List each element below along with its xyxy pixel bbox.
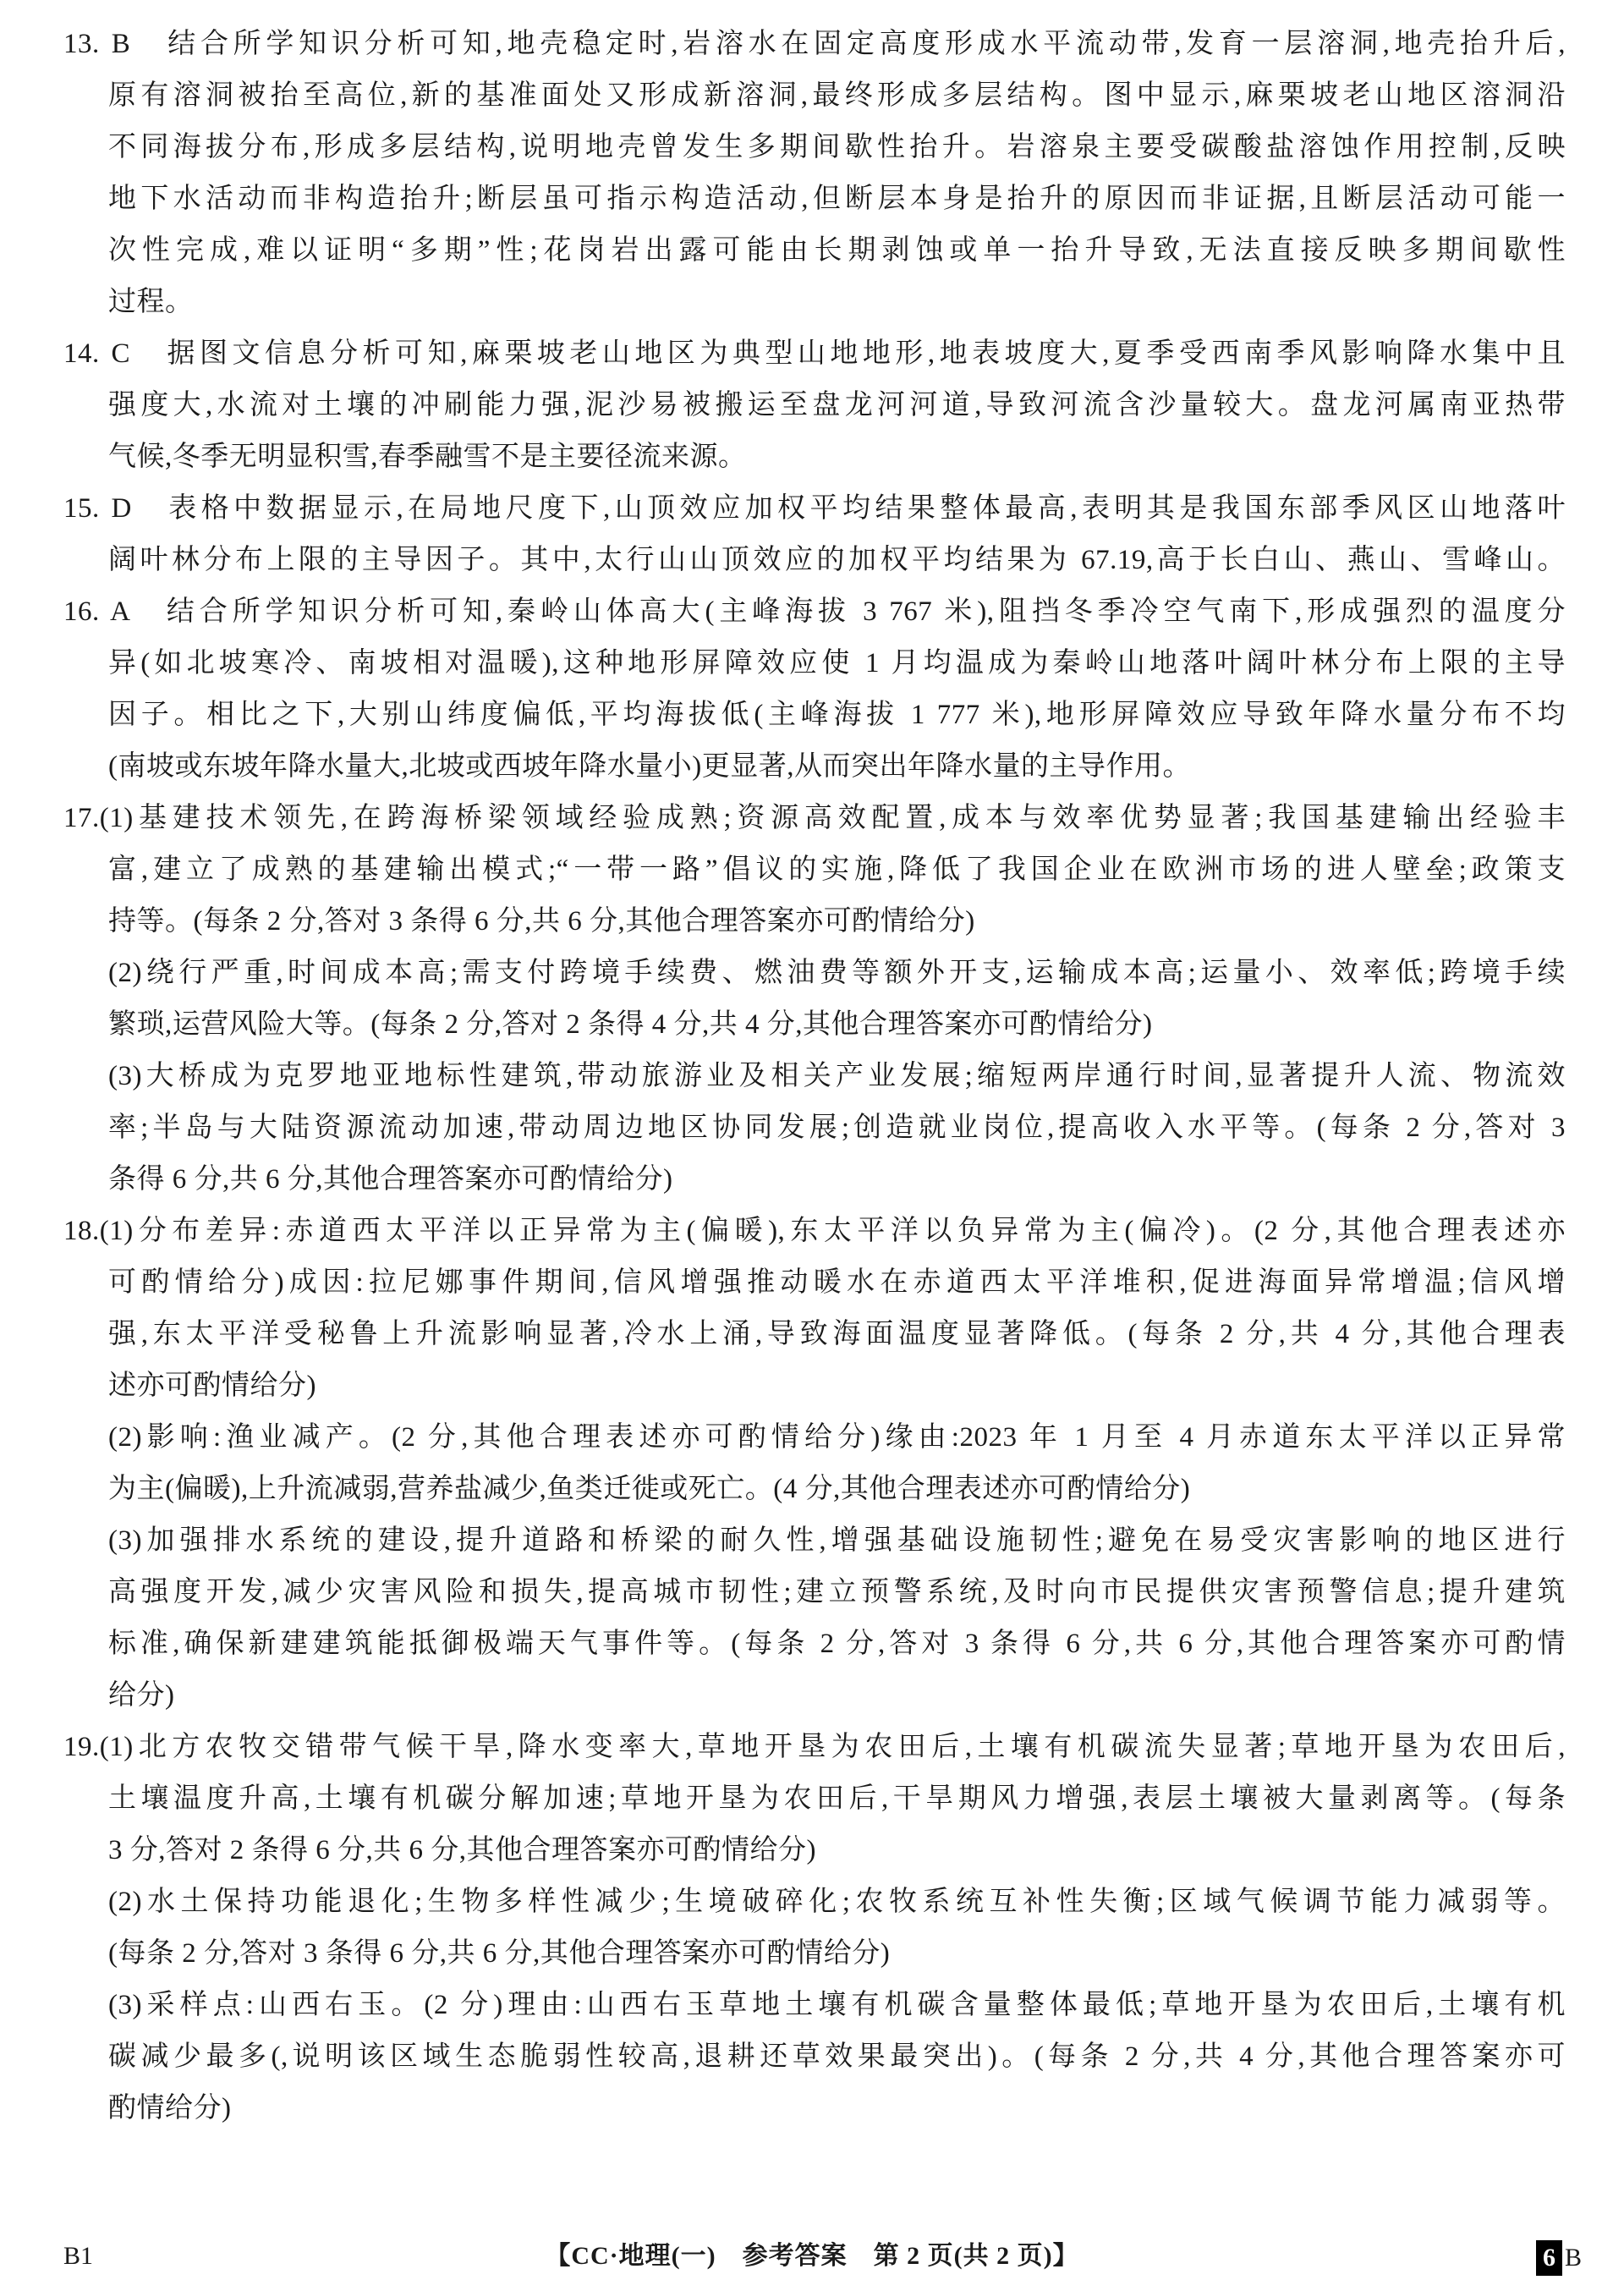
answer-line: 13. B 结合所学知识分析可知,地壳稳定时,岩溶水在固定高度形成水平流动带,发… xyxy=(63,19,1566,70)
answer-line: 过程。 xyxy=(108,277,1566,328)
footer-booklet-number: 6 xyxy=(1536,2240,1562,2276)
answer-line: (3)加强排水系统的建设,提升道路和桥梁的耐久性,增强基础设施韧性;避免在易受灾… xyxy=(108,1515,1566,1567)
scanned-answer-page: 13. B 结合所学知识分析可知,地壳稳定时,岩溶水在固定高度形成水平流动带,发… xyxy=(0,0,1624,2291)
answer-line: 异(如北坡寒冷、南坡相对温暖),这种地形屏障效应使 1 月均温成为秦岭山地落叶阔… xyxy=(108,638,1566,689)
answers-list: 13. B 结合所学知识分析可知,地壳稳定时,岩溶水在固定高度形成水平流动带,发… xyxy=(63,19,1566,2134)
answer-line: 18.(1)分布差异:赤道西太平洋以正异常为主(偏暖),东太平洋以负异常为主(偏… xyxy=(63,1206,1566,1257)
answer-line: 高强度开发,减少灾害风险和损失,提高城市韧性;建立预警系统,及时向市民提供灾害预… xyxy=(108,1567,1566,1618)
answer-item-16: 16. A 结合所学知识分析可知,秦岭山体高大(主峰海拔 3 767 米),阻挡… xyxy=(63,586,1566,793)
answer-line: 强度大,水流对土壤的冲刷能力强,泥沙易被搬运至盘龙河河道,导致河流含沙量较大。盘… xyxy=(108,380,1566,431)
answer-item-17: 17.(1)基建技术领先,在跨海桥梁领域经验成熟;资源高效配置,成本与效率优势显… xyxy=(63,793,1566,1206)
answer-line: 地下水活动而非构造抬升;断层虽可指示构造活动,但断层本身是抬升的原因而非证据,且… xyxy=(108,173,1566,225)
answer-line: 19.(1)北方农牧交错带气候干旱,降水变率大,草地开垦为农田后,土壤有机碳流失… xyxy=(63,1722,1566,1773)
page-footer: B1 【CC·地理(一) 参考答案 第 2 页(共 2 页)】 6B xyxy=(0,2233,1624,2279)
answer-line: (3)大桥成为克罗地亚地标性建筑,带动旅游业及相关产业发展;缩短两岸通行时间,显… xyxy=(108,1051,1566,1102)
answer-line: (2)水土保持功能退化;生物多样性减少;生境破碎化;农牧系统互补性失衡;区域气候… xyxy=(108,1876,1566,1928)
answer-line: (南坡或东坡年降水量大,北坡或西坡年降水量小)更显著,从而突出年降水量的主导作用… xyxy=(108,741,1566,793)
answer-line: 16. A 结合所学知识分析可知,秦岭山体高大(主峰海拔 3 767 米),阻挡… xyxy=(63,586,1566,638)
answer-line: 为主(偏暖),上升流减弱,营养盐减少,鱼类迁徙或死亡。(4 分,其他合理表述亦可… xyxy=(108,1464,1566,1515)
answer-line: 17.(1)基建技术领先,在跨海桥梁领域经验成熟;资源高效配置,成本与效率优势显… xyxy=(63,793,1566,844)
answer-item-13: 13. B 结合所学知识分析可知,地壳稳定时,岩溶水在固定高度形成水平流动带,发… xyxy=(63,19,1566,328)
footer-code-right: 6B xyxy=(1536,2233,1582,2281)
answer-line: 强,东太平洋受秘鲁上升流影响显著,冷水上涌,导致海面温度显著降低。(每条 2 分… xyxy=(108,1309,1566,1360)
answer-line: (2)绕行严重,时间成本高;需支付跨境手续费、燃油费等额外开支,运输成本高;运量… xyxy=(108,948,1566,999)
answer-line: 14. C 据图文信息分析可知,麻栗坡老山地区为典型山地地形,地表坡度大,夏季受… xyxy=(63,328,1566,380)
answer-line: 因子。相比之下,大别山纬度偏低,平均海拔低(主峰海拔 1 777 米),地形屏障… xyxy=(108,689,1566,741)
answer-line: (每条 2 分,答对 3 条得 6 分,共 6 分,其他合理答案亦可酌情给分) xyxy=(108,1928,1566,1980)
answer-line: 次性完成,难以证明“多期”性;花岗岩出露可能由长期剥蚀或单一抬升导致,无法直接反… xyxy=(108,225,1566,277)
answer-line: (2)影响:渔业减产。(2 分,其他合理表述亦可酌情给分)缘由:2023 年 1… xyxy=(108,1412,1566,1464)
answer-line: 不同海拔分布,形成多层结构,说明地壳曾发生多期间歇性抬升。岩溶泉主要受碳酸盐溶蚀… xyxy=(108,122,1566,173)
answer-line: 述亦可酌情给分) xyxy=(108,1360,1566,1412)
answer-line: 繁琐,运营风险大等。(每条 2 分,答对 2 条得 4 分,共 4 分,其他合理… xyxy=(108,999,1566,1051)
footer-booklet-letter: B xyxy=(1565,2235,1582,2281)
answer-line: 率;半岛与大陆资源流动加速,带动周边地区协同发展;创造就业岗位,提高收入水平等。… xyxy=(108,1102,1566,1154)
answer-line: 气候,冬季无明显积雪,春季融雪不是主要径流来源。 xyxy=(108,431,1566,483)
answer-item-18: 18.(1)分布差异:赤道西太平洋以正异常为主(偏暖),东太平洋以负异常为主(偏… xyxy=(63,1206,1566,1722)
answer-line: 阔叶林分布上限的主导因子。其中,太行山山顶效应的加权平均结果为 67.19,高于… xyxy=(108,535,1566,586)
answer-line: 持等。(每条 2 分,答对 3 条得 6 分,共 6 分,其他合理答案亦可酌情给… xyxy=(108,896,1566,948)
answer-line: 给分) xyxy=(108,1670,1566,1722)
answer-line: (3)采样点:山西右玉。(2 分)理由:山西右玉草地土壤有机碳含量整体最低;草地… xyxy=(108,1980,1566,2031)
answer-item-14: 14. C 据图文信息分析可知,麻栗坡老山地区为典型山地地形,地表坡度大,夏季受… xyxy=(63,328,1566,483)
footer-title: 【CC·地理(一) 参考答案 第 2 页(共 2 页)】 xyxy=(0,2233,1624,2279)
answer-line: 15. D 表格中数据显示,在局地尺度下,山顶效应加权平均结果整体最高,表明其是… xyxy=(63,483,1566,535)
answer-line: 土壤温度升高,土壤有机碳分解加速;草地开垦为农田后,干旱期风力增强,表层土壤被大… xyxy=(108,1773,1566,1825)
answer-item-19: 19.(1)北方农牧交错带气候干旱,降水变率大,草地开垦为农田后,土壤有机碳流失… xyxy=(63,1722,1566,2134)
answer-line: 原有溶洞被抬至高位,新的基准面处又形成新溶洞,最终形成多层结构。图中显示,麻栗坡… xyxy=(108,70,1566,122)
answer-line: 酌情给分) xyxy=(108,2083,1566,2134)
answer-line: 可酌情给分)成因:拉尼娜事件期间,信风增强推动暖水在赤道西太平洋堆积,促进海面异… xyxy=(108,1257,1566,1309)
answer-line: 碳减少最多(,说明该区域生态脆弱性较高,退耕还草效果最突出)。(每条 2 分,共… xyxy=(108,2031,1566,2083)
answer-line: 富,建立了成熟的基建输出模式;“一带一路”倡议的实施,降低了我国企业在欧洲市场的… xyxy=(108,844,1566,896)
answer-item-15: 15. D 表格中数据显示,在局地尺度下,山顶效应加权平均结果整体最高,表明其是… xyxy=(63,483,1566,586)
answer-line: 标准,确保新建建筑能抵御极端天气事件等。(每条 2 分,答对 3 条得 6 分,… xyxy=(108,1618,1566,1670)
answer-line: 条得 6 分,共 6 分,其他合理答案亦可酌情给分) xyxy=(108,1154,1566,1206)
answer-line: 3 分,答对 2 条得 6 分,共 6 分,其他合理答案亦可酌情给分) xyxy=(108,1825,1566,1876)
